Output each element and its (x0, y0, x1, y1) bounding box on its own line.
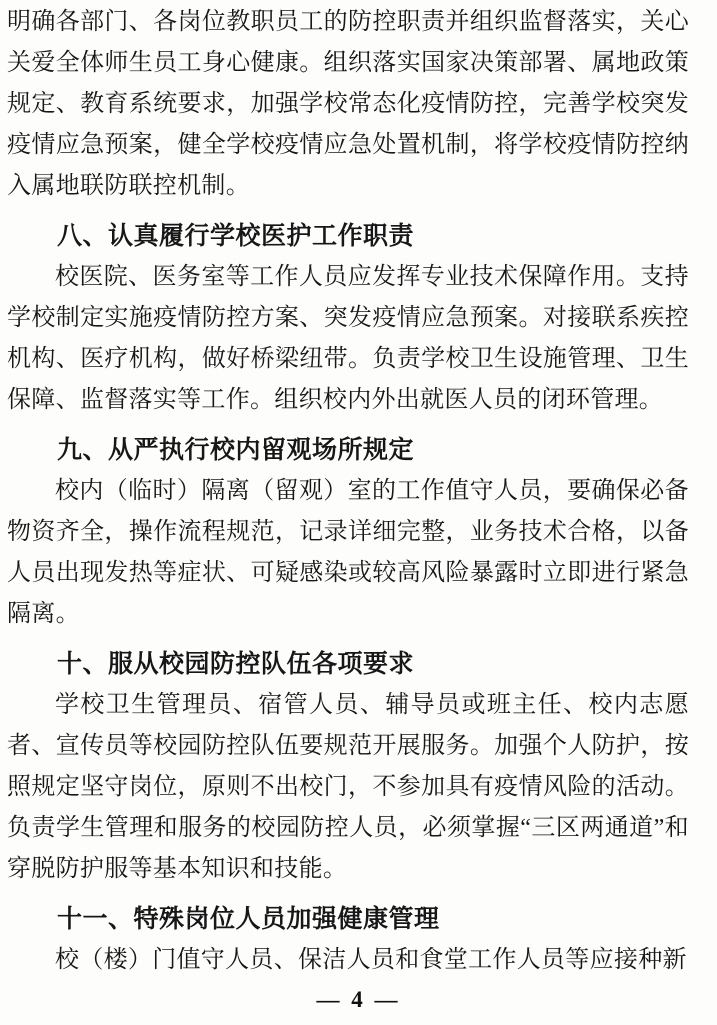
document-page: 明确各部门、各岗位教职员工的防控职责并组织监督落实，关心关爱全体师生员工身心健康… (0, 0, 717, 1025)
section-heading-8: 八、认真履行学校医护工作职责 (7, 216, 689, 257)
page-number: — 4 — (317, 987, 401, 1012)
section-paragraph-8: 校医院、医务室等工作人员应发挥专业技术保障作用。支持学校制定实施疫情防控方案、突… (7, 257, 689, 421)
section-heading-11: 十一、特殊岗位人员加强健康管理 (7, 899, 689, 940)
section-heading-9: 九、从严执行校内留观场所规定 (7, 430, 689, 471)
page-footer: — 4 — (0, 987, 717, 1013)
section-paragraph-10: 学校卫生管理员、宿管人员、辅导员或班主任、校内志愿者、宣传员等校园防控队伍要规范… (7, 685, 689, 890)
document-body: 明确各部门、各岗位教职员工的防控职责并组织监督落实，关心关爱全体师生员工身心健康… (0, 0, 717, 981)
section-paragraph-11-truncated: 校（楼）门值守人员、保洁人员和食堂工作人员等应接种新 (7, 940, 689, 981)
section-paragraph-9: 校内（临时）隔离（留观）室的工作值守人员，要确保必备物资齐全，操作流程规范，记录… (7, 471, 689, 635)
paragraph-continued-from-previous-page: 明确各部门、各岗位教职员工的防控职责并组织监督落实，关心关爱全体师生员工身心健康… (7, 2, 689, 207)
section-heading-10: 十、服从校园防控队伍各项要求 (7, 644, 689, 685)
